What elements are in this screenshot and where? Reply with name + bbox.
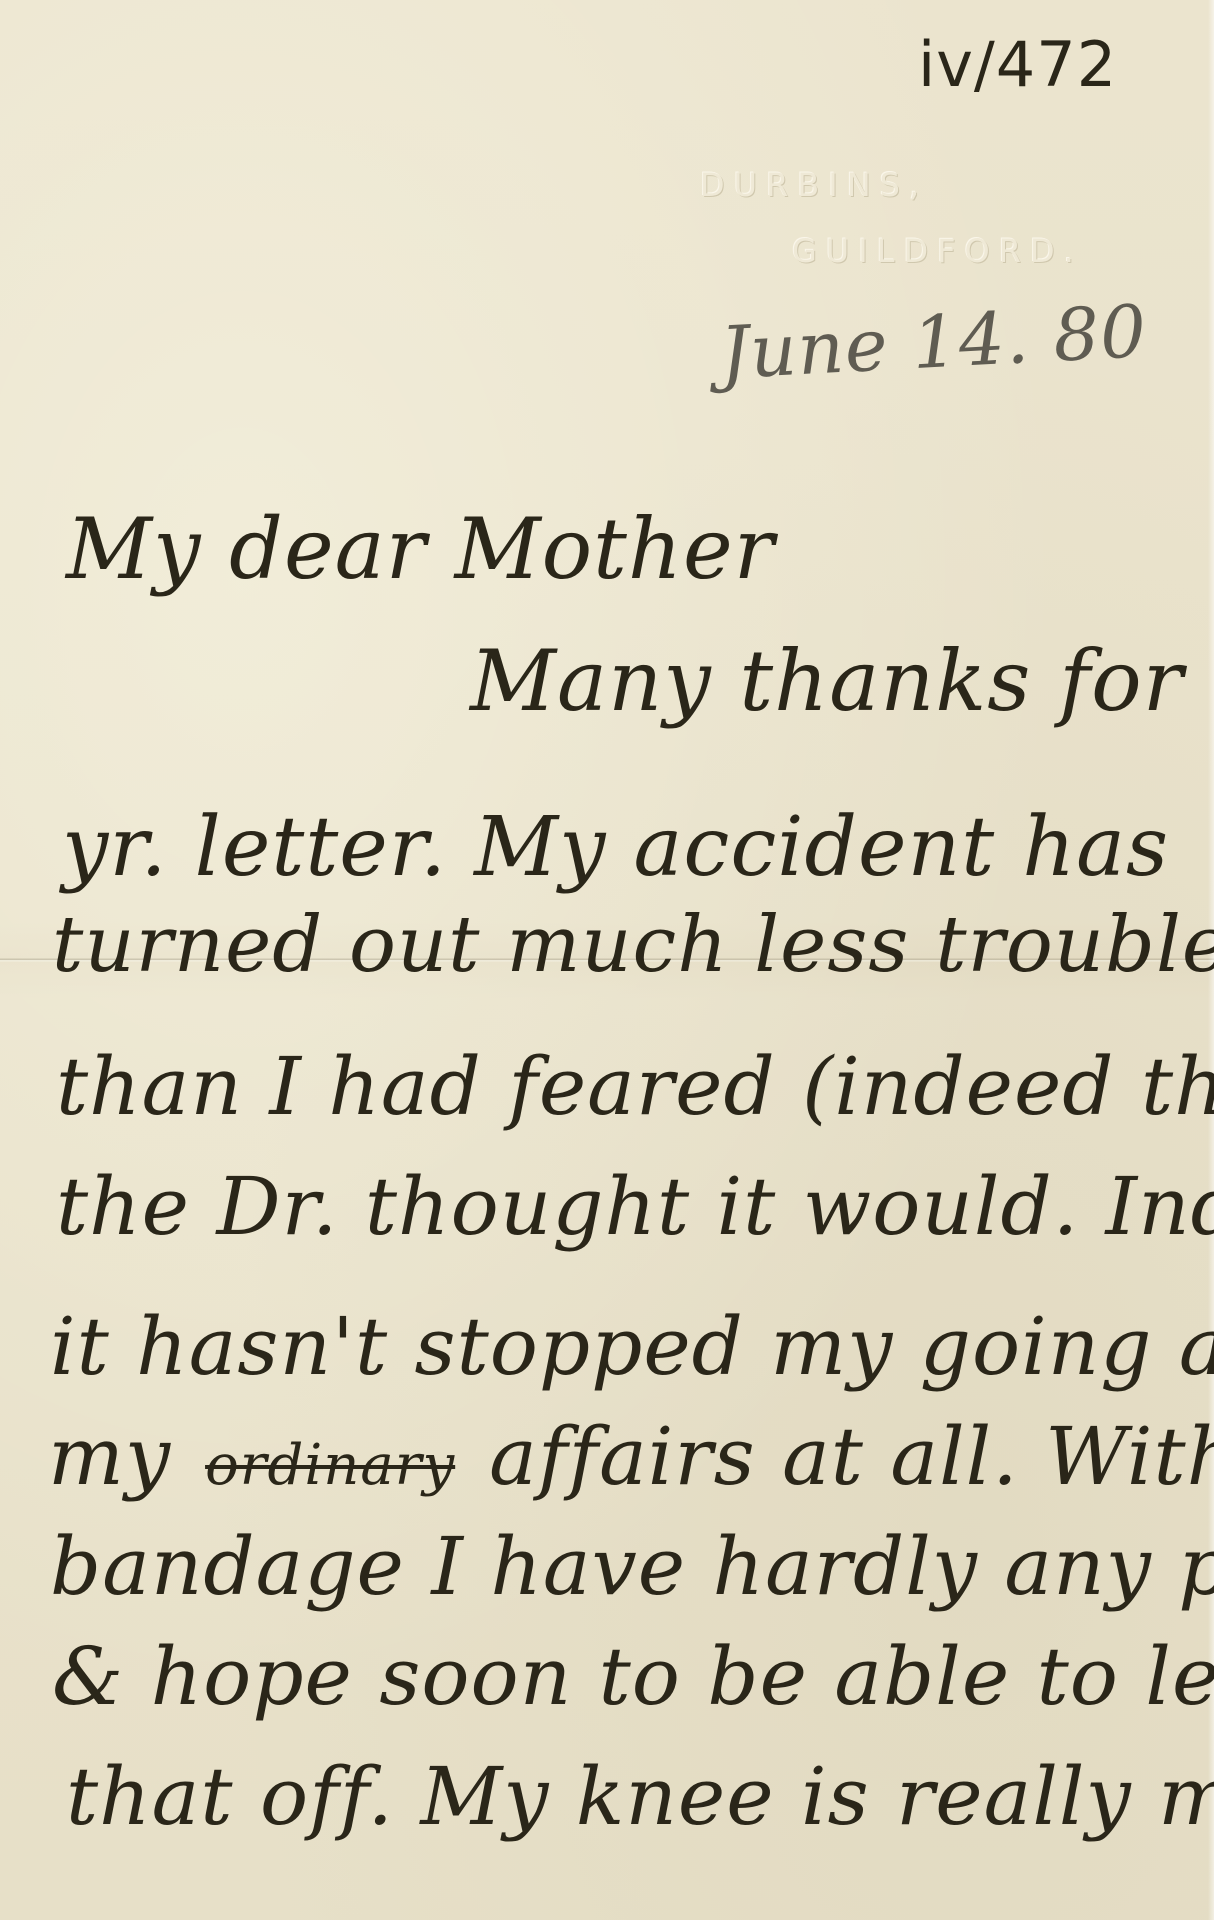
archive-reference: iv/472: [918, 28, 1117, 101]
body-line-8: bandage I have hardly any pain: [50, 1520, 1214, 1613]
body-line-7: my ordinary affairs at all. With a: [48, 1410, 1214, 1503]
body-line-10: that off. My knee is really more: [66, 1750, 1214, 1843]
body-line-5: the Dr. thought it would. Indeed: [56, 1160, 1214, 1253]
body-line-1: Many thanks for: [470, 632, 1184, 730]
salutation: My dear Mother: [66, 500, 775, 598]
body-line-4: than I had feared (indeed than: [56, 1040, 1214, 1133]
letter-date: June 14. 80: [718, 289, 1149, 395]
body-line-9: & hope soon to be able to leave: [52, 1630, 1214, 1723]
struck-through-word: ordinary: [205, 1433, 455, 1498]
body-line-3: turned out much less troublesome: [52, 900, 1214, 990]
body-line-6: it hasn't stopped my going about: [50, 1300, 1214, 1393]
letterhead-line-1: DURBINS,: [700, 166, 928, 204]
letter-page: iv/472 DURBINS, GUILDFORD. June 14. 80 M…: [0, 0, 1214, 1920]
letterhead-line-2: GUILDFORD.: [792, 232, 1083, 270]
body-line-2: yr. letter. My accident has: [62, 800, 1169, 895]
body-line-7-start: my: [48, 1410, 171, 1503]
body-line-7-end: affairs at all. With a: [489, 1410, 1214, 1503]
